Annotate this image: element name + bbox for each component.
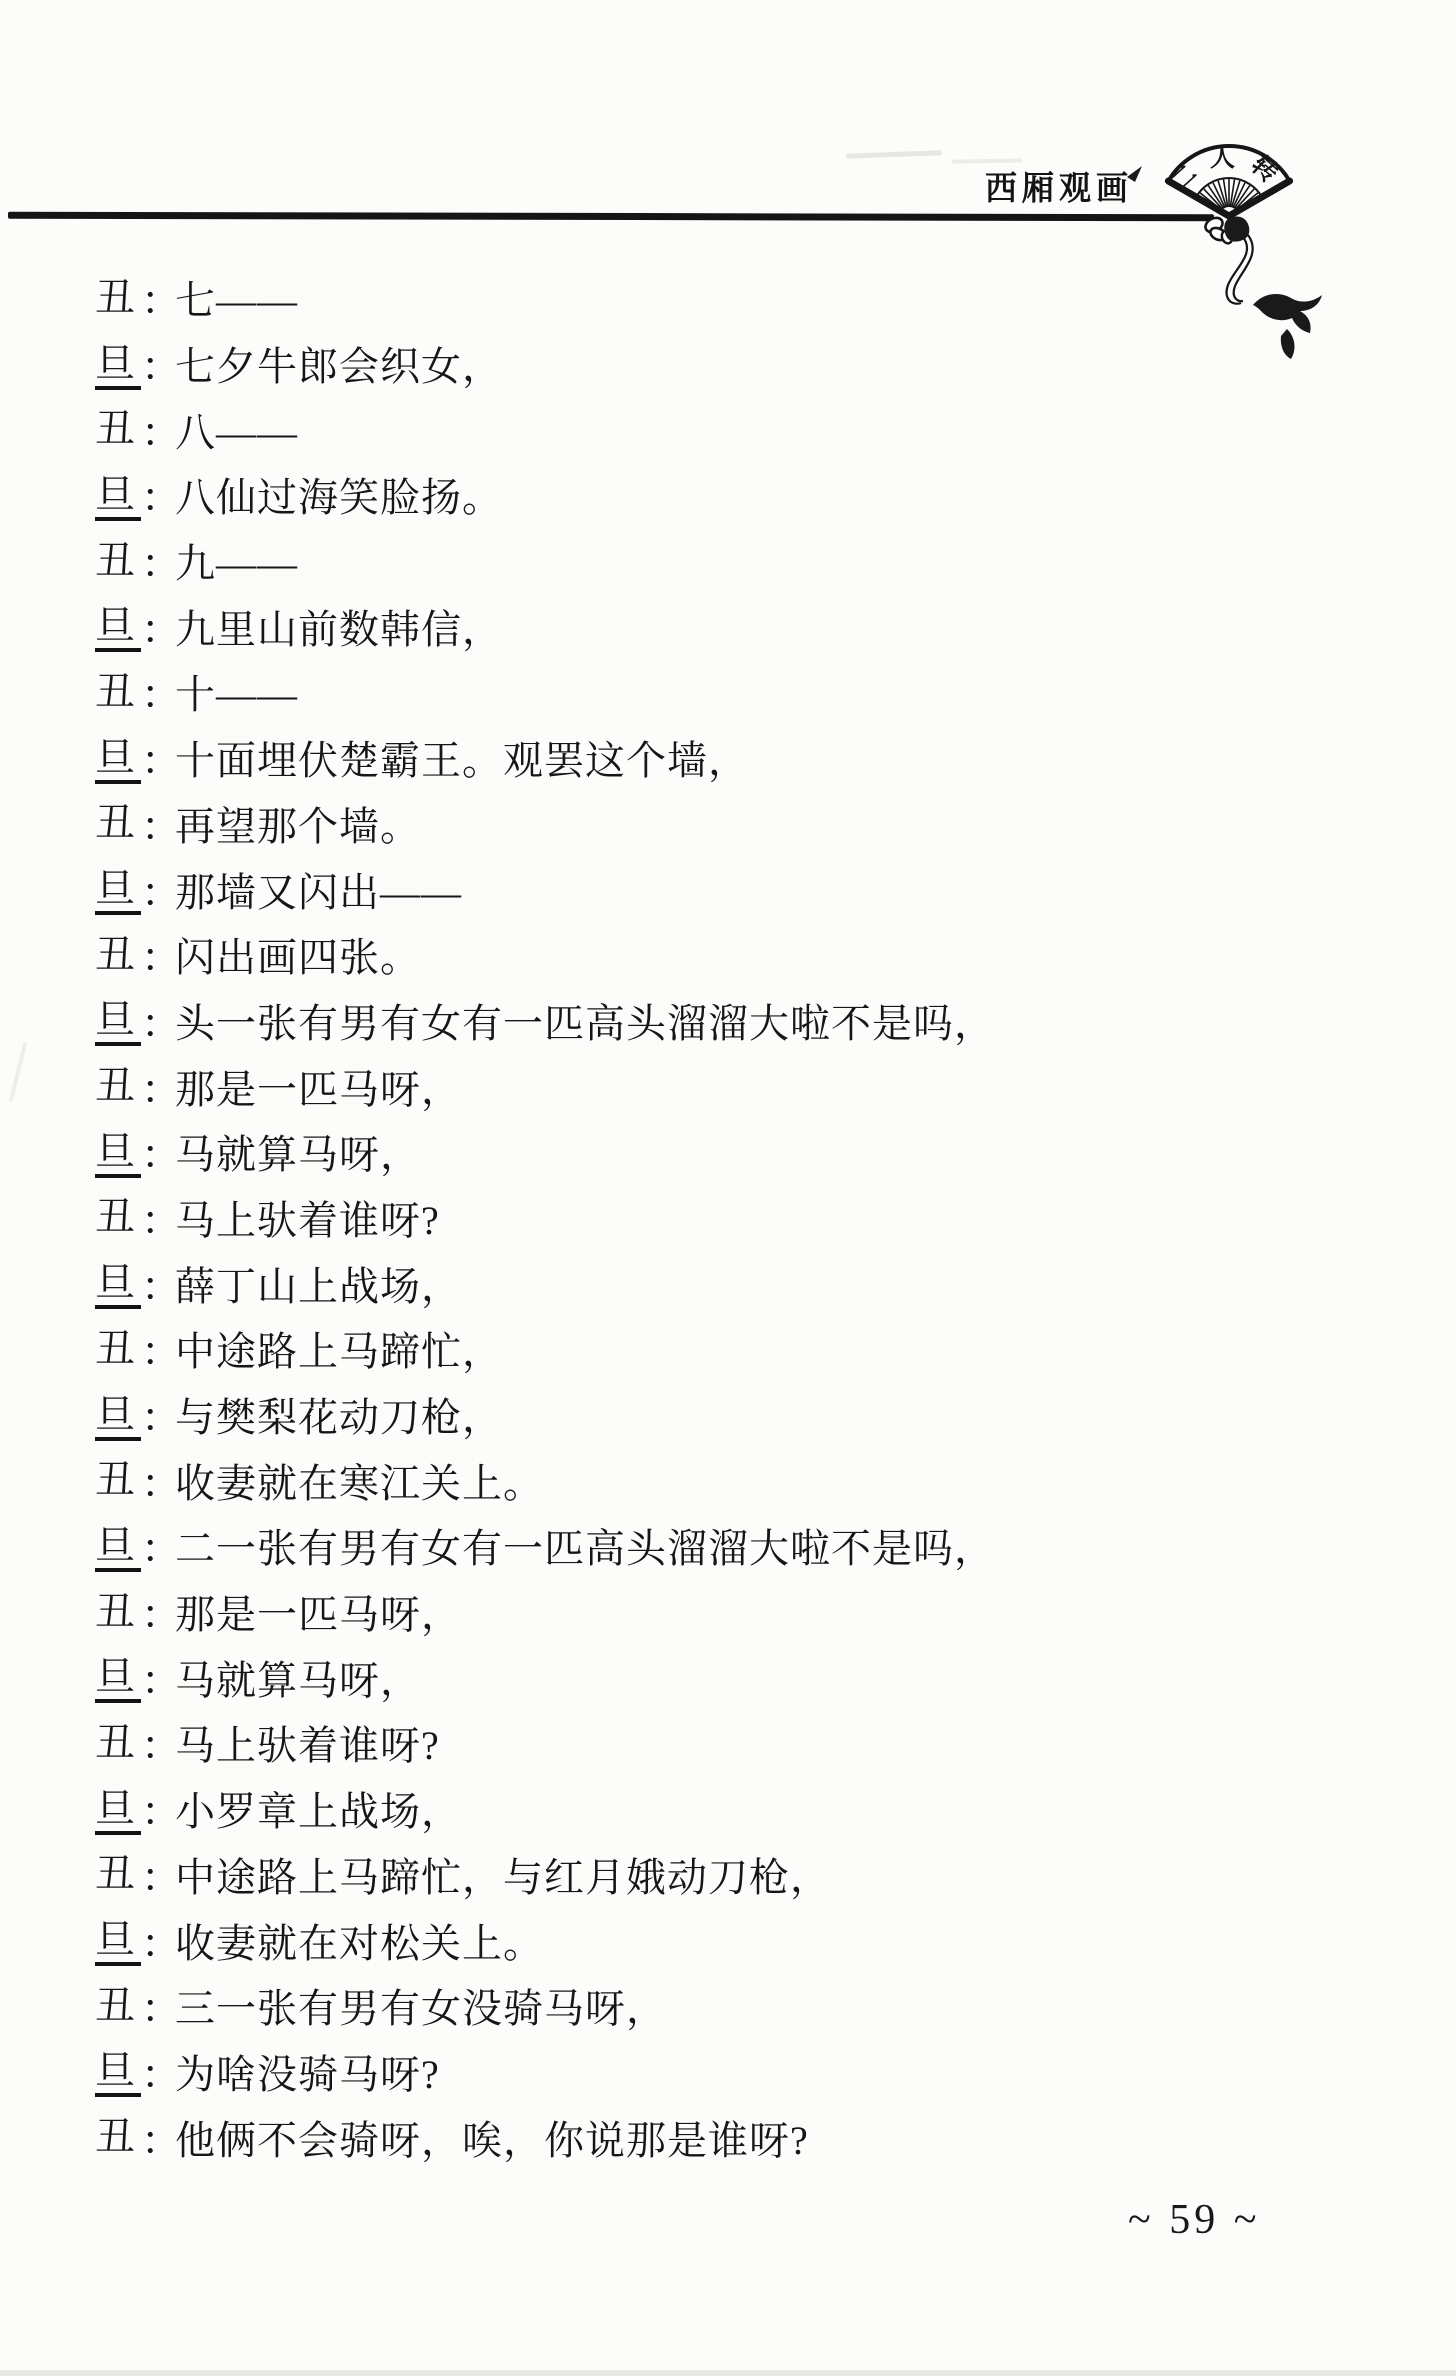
speaker-label: 丑 — [95, 802, 141, 844]
dialogue-text: 三一张有男有女没骑马呀， — [175, 1977, 667, 2034]
dialogue-line: 丑 ： 闪出画四张。 — [0, 922, 1456, 988]
speaker-label: 丑 — [95, 934, 141, 976]
dialogue-line: 丑 ： 七—— — [0, 265, 1456, 331]
dialogue-line: 旦 ： 八仙过海笑脸扬。 — [0, 462, 1456, 528]
dialogue-text: 马上驮着谁呀? — [175, 1714, 440, 1771]
dialogue-text: 收妻就在寒江关上。 — [175, 1452, 544, 1509]
scan-smudge — [952, 158, 1022, 163]
dialogue-line: 丑 ： 十—— — [0, 659, 1456, 725]
dialogue-line: 旦 ： 收妻就在对松关上。 — [0, 1907, 1456, 1973]
dialogue-line: 旦 ： 马就算马呀， — [0, 1119, 1456, 1185]
dialogue-line: 丑 ： 他俩不会骑呀，唉，你说那是谁呀? — [0, 2104, 1456, 2170]
speaker-colon: ： — [141, 1780, 175, 1837]
dialogue-line: 丑 ： 马上驮着谁呀? — [0, 1710, 1456, 1776]
page-number: ~ 59 ~ — [1128, 2196, 1260, 2244]
speaker-colon: ： — [141, 532, 175, 589]
dialogue-text: 十面埋伏楚霸王。观罢这个墙， — [175, 729, 749, 786]
dialogue-line: 旦 ： 与樊梨花动刀枪， — [0, 1382, 1456, 1448]
dialogue-line: 旦 ： 九里山前数韩信， — [0, 593, 1456, 659]
speaker-colon: ： — [141, 861, 175, 918]
dialogue-text: 头一张有男有女有一匹高头溜溜大啦不是吗， — [175, 992, 995, 1049]
speaker-colon: ： — [141, 1977, 175, 2034]
speaker-colon: ： — [141, 1386, 175, 1443]
speaker-colon: ： — [141, 401, 175, 458]
speaker-colon: ： — [141, 1517, 175, 1574]
scanned-book-page: 西厢观画 二人转 — [0, 0, 1456, 2376]
speaker-label: 丑 — [95, 1196, 141, 1238]
dialogue-line: 旦 ： 十面埋伏楚霸王。观罢这个墙， — [0, 725, 1456, 791]
dialogue-text: 那是一匹马呀， — [175, 1583, 462, 1640]
speaker-label: 丑 — [95, 540, 141, 582]
speaker-colon: ： — [141, 1452, 175, 1509]
dialogue-line: 丑 ： 再望那个墙。 — [0, 791, 1456, 857]
speaker-colon: ： — [141, 2109, 175, 2166]
dialogue-line: 丑 ： 收妻就在寒江关上。 — [0, 1447, 1456, 1513]
dialogue-text: 马就算马呀， — [175, 1123, 421, 1180]
speaker-label: 丑 — [95, 671, 141, 713]
dialogue-text: 为啥没骑马呀? — [175, 2043, 440, 2100]
speaker-colon: ： — [141, 1714, 175, 1771]
speaker-label: 丑 — [95, 408, 141, 450]
dialogue-text: 九—— — [175, 532, 298, 589]
header-rule — [8, 212, 1214, 222]
dialogue-line: 丑 ： 马上驮着谁呀? — [0, 1185, 1456, 1251]
speaker-label: 旦 — [95, 1919, 141, 1966]
dialogue-text: 二一张有男有女有一匹高头溜溜大啦不是吗， — [175, 1517, 995, 1574]
speaker-colon: ： — [141, 1583, 175, 1640]
speaker-colon: ： — [141, 729, 175, 786]
speaker-label: 旦 — [95, 1394, 141, 1441]
speaker-label: 旦 — [95, 1525, 141, 1572]
dialogue-text: 闪出画四张。 — [175, 926, 421, 983]
dialogue-line: 丑 ： 中途路上马蹄忙，与红月娥动刀枪， — [0, 1842, 1456, 1908]
dialogue-line: 丑 ： 那是一匹马呀， — [0, 1579, 1456, 1645]
dialogue-text: 薛丁山上战场， — [175, 1255, 462, 1312]
speaker-label: 丑 — [95, 277, 141, 319]
scan-edge — [0, 2370, 1456, 2376]
speaker-colon: ： — [141, 926, 175, 983]
speaker-colon: ： — [141, 598, 175, 655]
dialogue-text: 七夕牛郎会织女， — [175, 335, 503, 392]
dialogue-list: 丑 ： 七—— 旦 ： 七夕牛郎会织女， 丑 ： 八—— 旦 ： 八仙过海笑脸扬… — [0, 265, 1456, 2170]
speaker-label: 旦 — [95, 605, 141, 652]
dialogue-line: 丑 ： 三一张有男有女没骑马呀， — [0, 1973, 1456, 2039]
speaker-label: 丑 — [95, 1065, 141, 1107]
speaker-label: 旦 — [95, 2050, 141, 2097]
speaker-colon: ： — [141, 1123, 175, 1180]
speaker-colon: ： — [141, 1912, 175, 1969]
dialogue-text: 收妻就在对松关上。 — [175, 1912, 544, 1969]
speaker-label: 旦 — [95, 868, 141, 915]
speaker-label: 丑 — [95, 1591, 141, 1633]
dialogue-text: 那墙又闪出—— — [175, 861, 462, 918]
speaker-colon: ： — [141, 1320, 175, 1377]
speaker-colon: ： — [141, 663, 175, 720]
dialogue-text: 他俩不会骑呀，唉，你说那是谁呀? — [175, 2109, 809, 2166]
speaker-label: 旦 — [95, 999, 141, 1046]
speaker-label: 丑 — [95, 1459, 141, 1501]
dialogue-line: 丑 ： 九—— — [0, 528, 1456, 594]
speaker-colon: ： — [141, 466, 175, 523]
speaker-label: 丑 — [95, 1985, 141, 2027]
dialogue-text: 再望那个墙。 — [175, 795, 421, 852]
dialogue-text: 小罗章上战场， — [175, 1780, 462, 1837]
running-head-title: 西厢观画 — [985, 171, 1133, 204]
speaker-colon: ： — [141, 992, 175, 1049]
dialogue-text: 中途路上马蹄忙， — [175, 1320, 503, 1377]
speaker-colon: ： — [141, 1189, 175, 1246]
dialogue-text: 马就算马呀， — [175, 1649, 421, 1706]
speaker-label: 旦 — [95, 1131, 141, 1178]
speaker-label: 旦 — [95, 737, 141, 784]
dialogue-line: 旦 ： 为啥没骑马呀? — [0, 2039, 1456, 2105]
speaker-label: 丑 — [95, 1328, 141, 1370]
dialogue-line: 丑 ： 中途路上马蹄忙， — [0, 1316, 1456, 1382]
speaker-label: 丑 — [95, 1722, 141, 1764]
speaker-colon: ： — [141, 1649, 175, 1706]
dialogue-text: 那是一匹马呀， — [175, 1058, 462, 1115]
dialogue-line: 旦 ： 七夕牛郎会织女， — [0, 331, 1456, 397]
speaker-colon: ： — [141, 1846, 175, 1903]
dialogue-line: 丑 ： 那是一匹马呀， — [0, 1053, 1456, 1119]
speaker-colon: ： — [141, 269, 175, 326]
dialogue-text: 八—— — [175, 401, 298, 458]
speaker-colon: ： — [141, 2043, 175, 2100]
dialogue-line: 旦 ： 头一张有男有女有一匹高头溜溜大啦不是吗， — [0, 988, 1456, 1054]
speaker-colon: ： — [141, 795, 175, 852]
dialogue-line: 旦 ： 马就算马呀， — [0, 1644, 1456, 1710]
dialogue-text: 九里山前数韩信， — [175, 598, 503, 655]
dialogue-text: 八仙过海笑脸扬。 — [175, 466, 503, 523]
speaker-label: 旦 — [95, 1262, 141, 1309]
dialogue-text: 与樊梨花动刀枪， — [175, 1386, 503, 1443]
fan-body: 二人转 — [1165, 143, 1294, 216]
scan-smudge — [846, 150, 942, 158]
speaker-colon: ： — [141, 335, 175, 392]
ink-speck — [1127, 166, 1142, 182]
dialogue-text: 七—— — [175, 269, 298, 326]
dialogue-line: 丑 ： 八—— — [0, 396, 1456, 462]
dialogue-line: 旦 ： 小罗章上战场， — [0, 1776, 1456, 1842]
dialogue-text: 马上驮着谁呀? — [175, 1189, 440, 1246]
speaker-label: 旦 — [95, 1788, 141, 1835]
speaker-colon: ： — [141, 1255, 175, 1312]
dialogue-line: 旦 ： 那墙又闪出—— — [0, 856, 1456, 922]
speaker-label: 旦 — [95, 343, 141, 390]
dialogue-text: 中途路上马蹄忙，与红月娥动刀枪， — [175, 1846, 831, 1903]
speaker-label: 旦 — [95, 1656, 141, 1703]
speaker-label: 旦 — [95, 474, 141, 521]
speaker-colon: ： — [141, 1058, 175, 1115]
dialogue-text: 十—— — [175, 663, 298, 720]
speaker-label: 丑 — [95, 2116, 141, 2158]
speaker-label: 丑 — [95, 1853, 141, 1895]
dialogue-line: 旦 ： 二一张有男有女有一匹高头溜溜大啦不是吗， — [0, 1513, 1456, 1579]
dialogue-line: 旦 ： 薛丁山上战场， — [0, 1250, 1456, 1316]
